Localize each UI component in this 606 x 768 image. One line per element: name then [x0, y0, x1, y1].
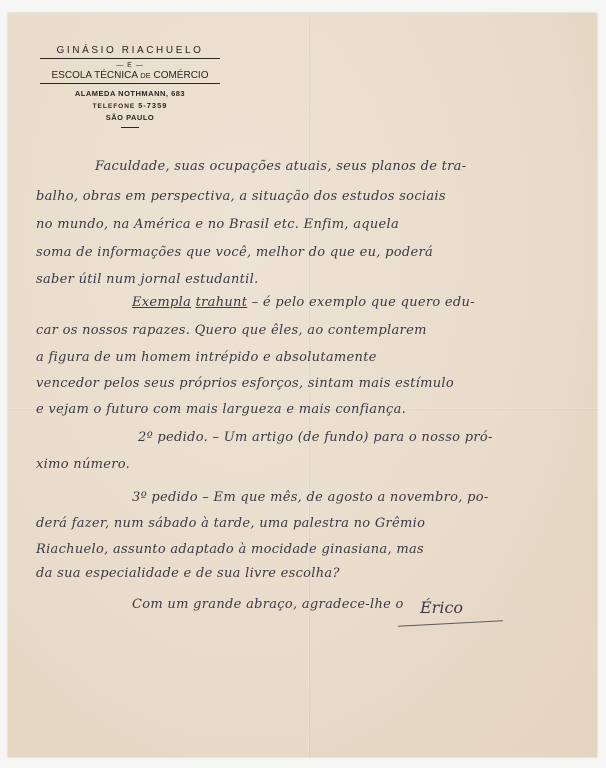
body-line: a figura de um homem intrépido e absolut…: [36, 350, 377, 365]
school-prefix: ESCOLA TÉCNICA: [52, 70, 138, 81]
letterhead-address: ALAMEDA NOTHMANN, 683: [40, 89, 220, 98]
body-line: Faculdade, suas ocupações atuais, seus p…: [95, 159, 466, 174]
letterhead-school-subtitle: ESCOLA TÉCNICA DE COMÉRCIO: [40, 70, 220, 84]
body-line: ximo número.: [36, 457, 130, 472]
body-line: derá fazer, num sábado à tarde, uma pale…: [36, 516, 425, 531]
underlined-latin-phrase: Exempla: [132, 295, 191, 310]
body-line: balho, obras em perspectiva, a situação …: [36, 189, 446, 204]
underlined-latin-phrase: trahunt: [196, 295, 248, 310]
body-line: Exempla trahunt – é pelo exemplo que que…: [132, 295, 475, 310]
body-text: – é pelo exemplo que quero edu-: [247, 295, 475, 310]
telephone-number: 5-7359: [138, 101, 167, 110]
letterhead-city: SÃO PAULO: [40, 113, 220, 122]
body-line: da sua especialidade e de sua livre esco…: [36, 566, 340, 581]
letter-page: GINÁSIO RIACHUELO — E — ESCOLA TÉCNICA D…: [8, 13, 597, 757]
letterhead-divider: [121, 127, 139, 128]
body-line: no mundo, na América e no Brasil etc. En…: [36, 217, 399, 232]
school-de: DE: [140, 71, 150, 80]
body-line: 3º pedido – Em que mês, de agosto a nove…: [132, 490, 489, 505]
closing-line: Com um grande abraço, agradece-lhe o: [132, 597, 404, 612]
school-suffix: COMÉRCIO: [153, 70, 208, 81]
letterhead-telephone: TELEFONE 5-7359: [40, 101, 220, 110]
body-line: 2º pedido. – Um artigo (de fundo) para o…: [138, 430, 493, 445]
body-line: soma de informações que você, melhor do …: [36, 245, 433, 260]
body-line: vencedor pelos seus próprios esforços, s…: [36, 376, 454, 391]
body-line: e vejam o futuro com mais largueza e mai…: [36, 402, 406, 417]
body-line: car os nossos rapazes. Quero que êles, a…: [36, 323, 427, 338]
signature: Érico: [420, 598, 463, 617]
letterhead-school-name: GINÁSIO RIACHUELO: [40, 45, 220, 59]
telephone-label: TELEFONE: [93, 103, 136, 110]
letterhead-conjunction: — E —: [40, 62, 220, 69]
body-line: Riachuelo, assunto adaptado à mocidade g…: [36, 542, 424, 557]
body-line: saber útil num jornal estudantil.: [36, 272, 259, 287]
letterhead: GINÁSIO RIACHUELO — E — ESCOLA TÉCNICA D…: [40, 45, 220, 128]
